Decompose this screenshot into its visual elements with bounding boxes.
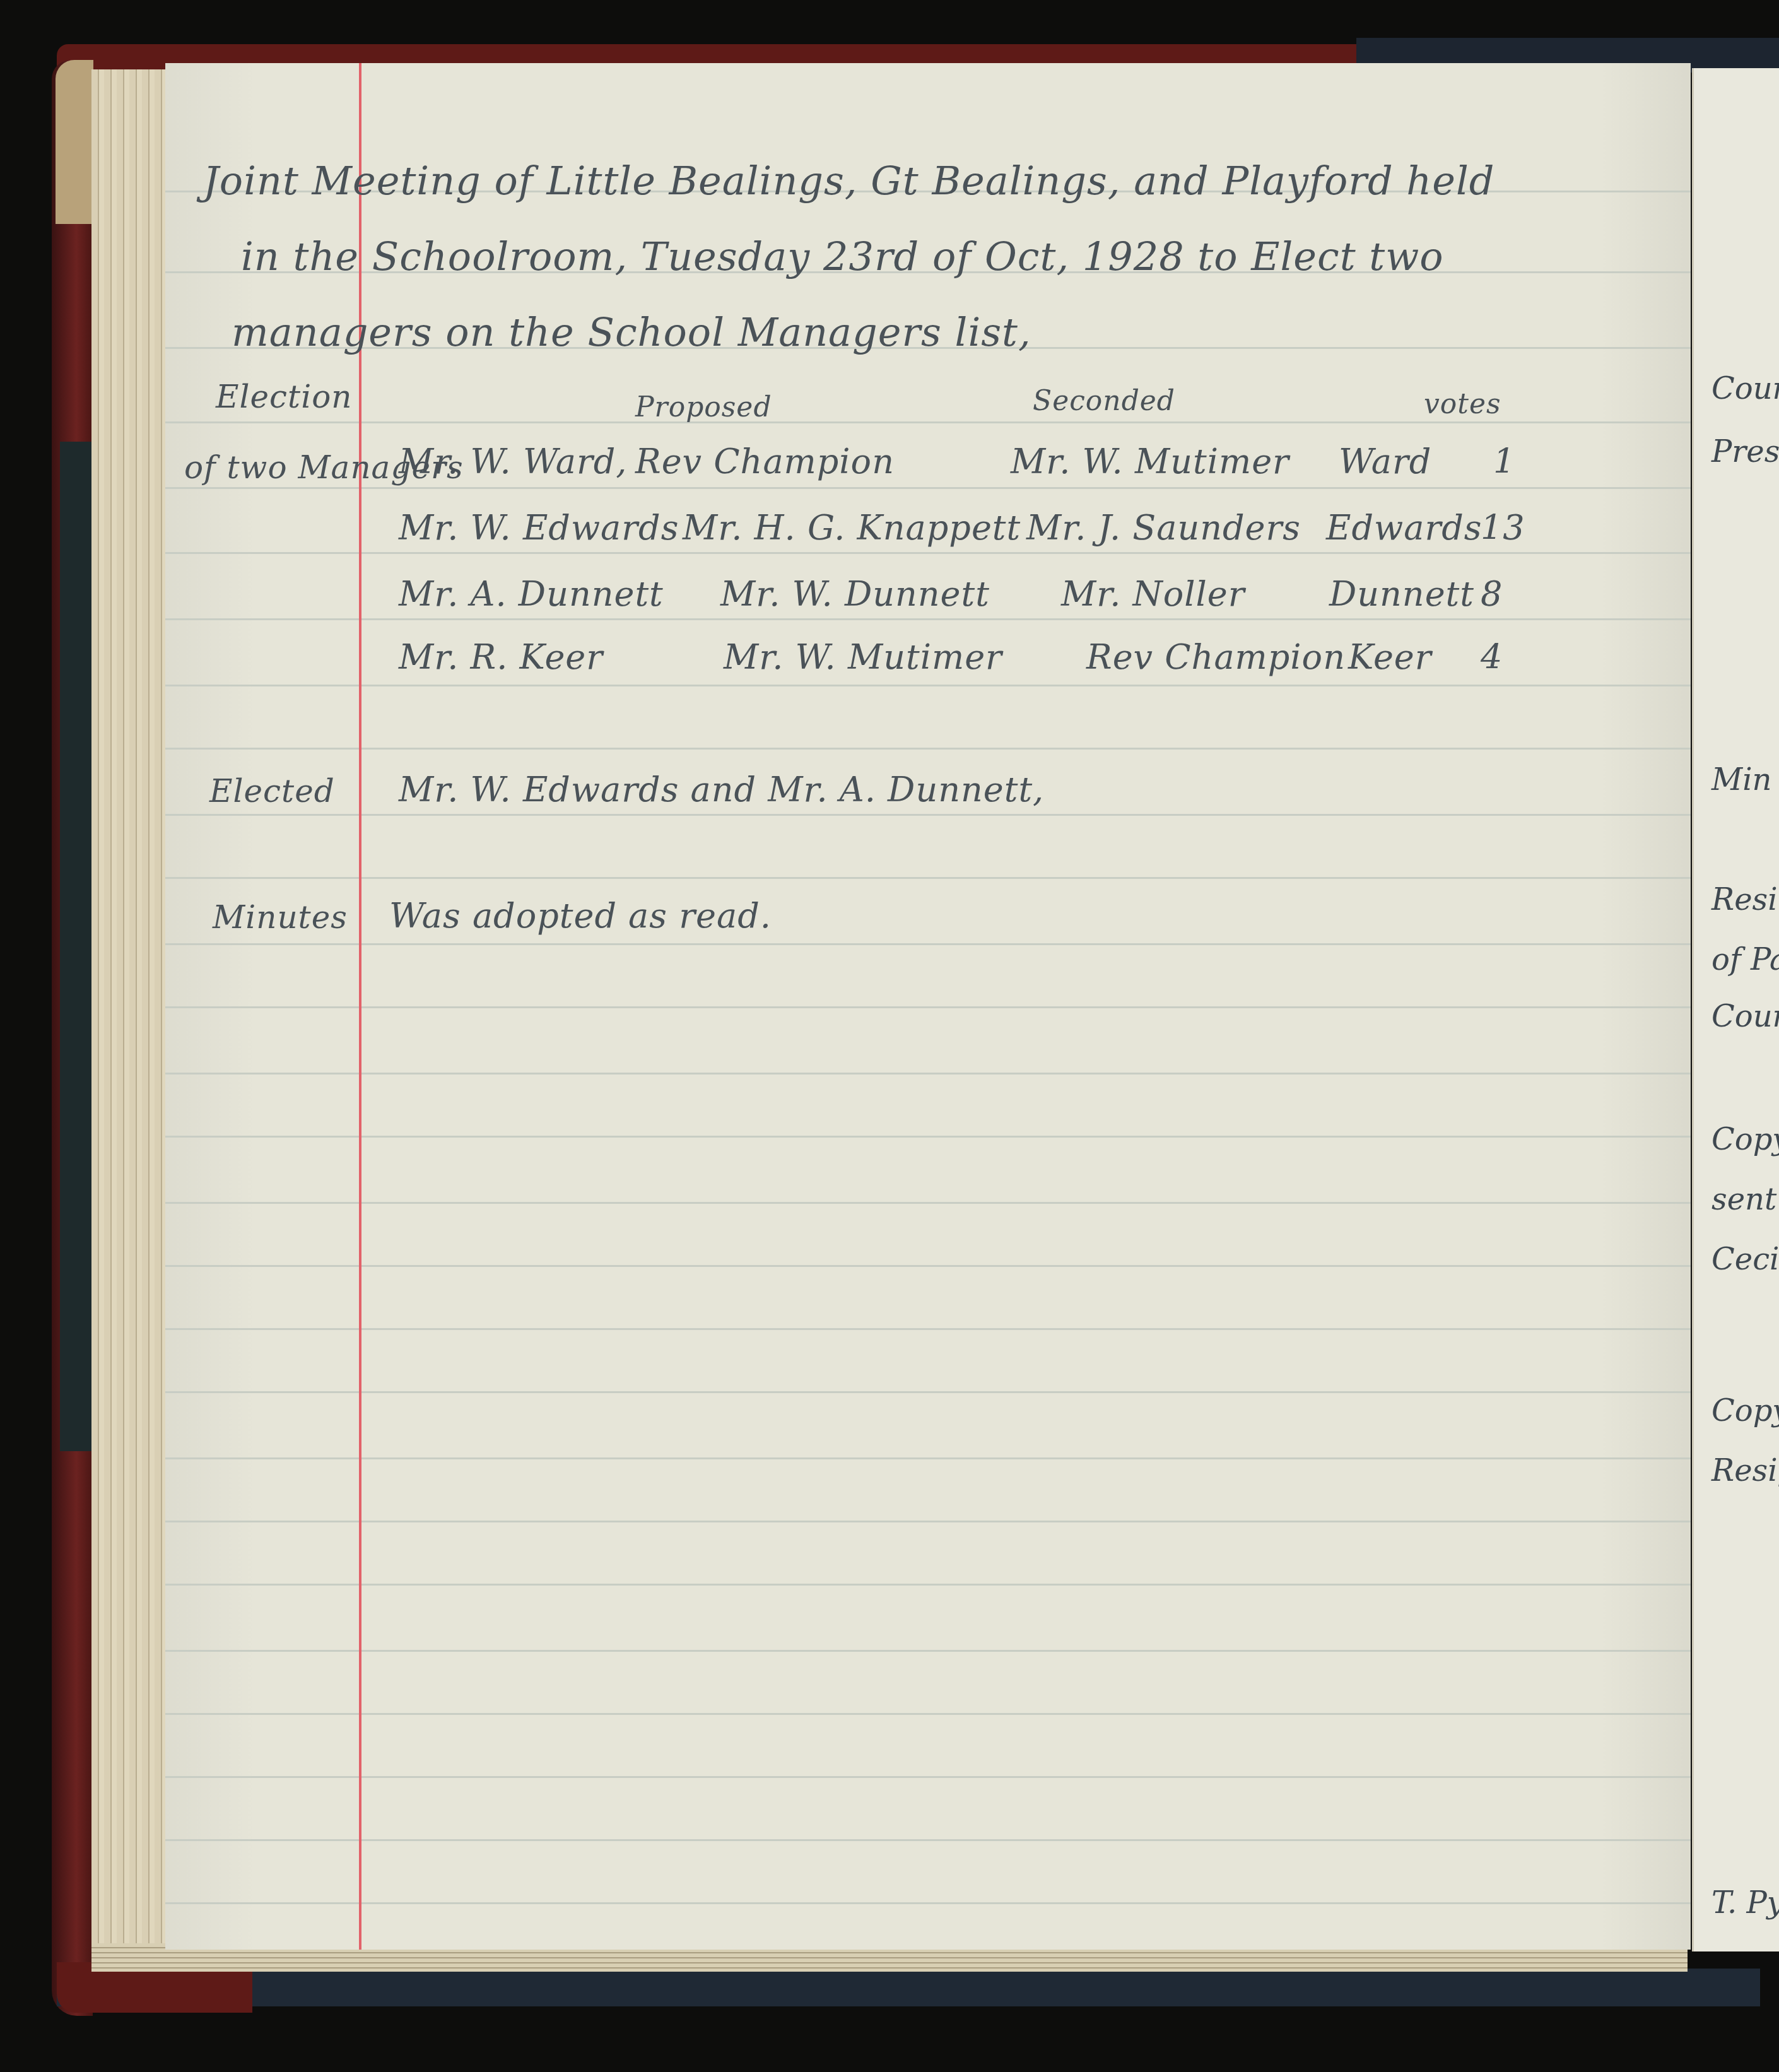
heading-line-1: Joint Meeting of Little Bealings, Gt Bea… xyxy=(203,158,1494,204)
right-facing-page: Counc Pres Min Resi of Pa Coun Copy sent… xyxy=(1692,68,1779,1951)
ruled-line xyxy=(165,877,1691,879)
ruled-line xyxy=(165,1391,1691,1393)
margin-label-elected: Elected xyxy=(209,773,335,809)
minutes-text: Was adopted as read. xyxy=(389,896,772,936)
book-cover-left-cloth xyxy=(60,442,91,1451)
ruled-line xyxy=(165,618,1691,620)
book-corner-wear xyxy=(56,60,93,224)
proposed-cell: Rev Champion xyxy=(635,442,895,481)
facing-fragment: T. Py xyxy=(1711,1885,1779,1921)
ruled-line xyxy=(165,421,1691,423)
ruled-line xyxy=(165,1839,1691,1841)
ruled-line xyxy=(165,1713,1691,1715)
facing-fragment: sent xyxy=(1711,1182,1776,1217)
column-header-proposed: Proposed xyxy=(635,391,772,423)
facing-fragment: Copy xyxy=(1711,1122,1779,1157)
facing-fragment: Coun xyxy=(1711,999,1779,1034)
ruled-line xyxy=(165,1776,1691,1778)
ruled-line xyxy=(165,1584,1691,1586)
ruled-line xyxy=(165,1073,1691,1074)
ruled-line xyxy=(165,685,1691,686)
minute-book-page: Joint Meeting of Little Bealings, Gt Bea… xyxy=(165,63,1691,1950)
ruled-line xyxy=(165,814,1691,816)
ruled-line xyxy=(165,1006,1691,1008)
seconded-cell: Mr. J. Saunders xyxy=(1026,508,1301,548)
name-cell: Keer xyxy=(1348,637,1432,677)
ruled-line xyxy=(165,1650,1691,1652)
ruled-line xyxy=(165,487,1691,489)
facing-fragment: Copy xyxy=(1711,1393,1779,1428)
facing-fragment: Pres xyxy=(1711,434,1779,469)
votes-cell: 13 xyxy=(1481,508,1525,548)
proposed-cell: Mr. W. Dunnett xyxy=(720,574,990,614)
votes-cell: 4 xyxy=(1481,637,1503,677)
ruled-line xyxy=(165,943,1691,945)
ruled-line xyxy=(165,1136,1691,1138)
facing-fragment: Min xyxy=(1711,762,1771,798)
ruled-line xyxy=(165,552,1691,554)
margin-label-minutes: Minutes xyxy=(213,899,348,936)
proposed-cell: Mr. H. G. Knappett xyxy=(683,508,1021,548)
name-cell: Dunnett xyxy=(1329,574,1474,614)
facing-fragment: Resi xyxy=(1711,882,1778,917)
name-cell: Edwards xyxy=(1326,508,1483,548)
ruled-line xyxy=(165,748,1691,750)
candidate-cell: Mr. W. Edwards xyxy=(399,508,679,548)
name-cell: Ward xyxy=(1339,442,1431,481)
ruled-line xyxy=(165,1457,1691,1459)
facing-fragment: Counc xyxy=(1711,371,1779,406)
seconded-cell: Mr. Noller xyxy=(1061,574,1245,614)
ruled-line xyxy=(165,1328,1691,1330)
facing-fragment: of Pa xyxy=(1711,942,1779,977)
heading-line-2: in the Schoolroom, Tuesday 23rd of Oct, … xyxy=(241,233,1444,280)
seconded-cell: Rev Champion xyxy=(1086,637,1346,677)
ruled-line xyxy=(165,1265,1691,1267)
candidate-cell: Mr. A. Dunnett xyxy=(399,574,664,614)
candidate-cell: Mr. W. Ward, xyxy=(399,442,627,481)
heading-line-3: managers on the School Managers list, xyxy=(232,309,1031,355)
margin-label-election: Election xyxy=(216,379,352,415)
elected-text: Mr. W. Edwards and Mr. A. Dunnett, xyxy=(399,770,1044,809)
votes-cell: 1 xyxy=(1493,442,1515,481)
seconded-cell: Mr. W. Mutimer xyxy=(1011,442,1289,481)
proposed-cell: Mr. W. Mutimer xyxy=(724,637,1002,677)
ruled-line xyxy=(165,1521,1691,1522)
book-cover-bottom xyxy=(57,1969,1760,2006)
candidate-cell: Mr. R. Keer xyxy=(399,637,603,677)
column-header-seconded: Seconded xyxy=(1033,385,1175,417)
page-edges-left xyxy=(91,69,167,1972)
facing-fragment: Resig xyxy=(1711,1453,1779,1488)
votes-cell: 8 xyxy=(1481,574,1503,614)
ruled-line xyxy=(165,1902,1691,1904)
ruled-line xyxy=(165,1202,1691,1204)
facing-fragment: Cecil xyxy=(1711,1242,1779,1277)
column-header-votes: votes xyxy=(1424,388,1501,420)
